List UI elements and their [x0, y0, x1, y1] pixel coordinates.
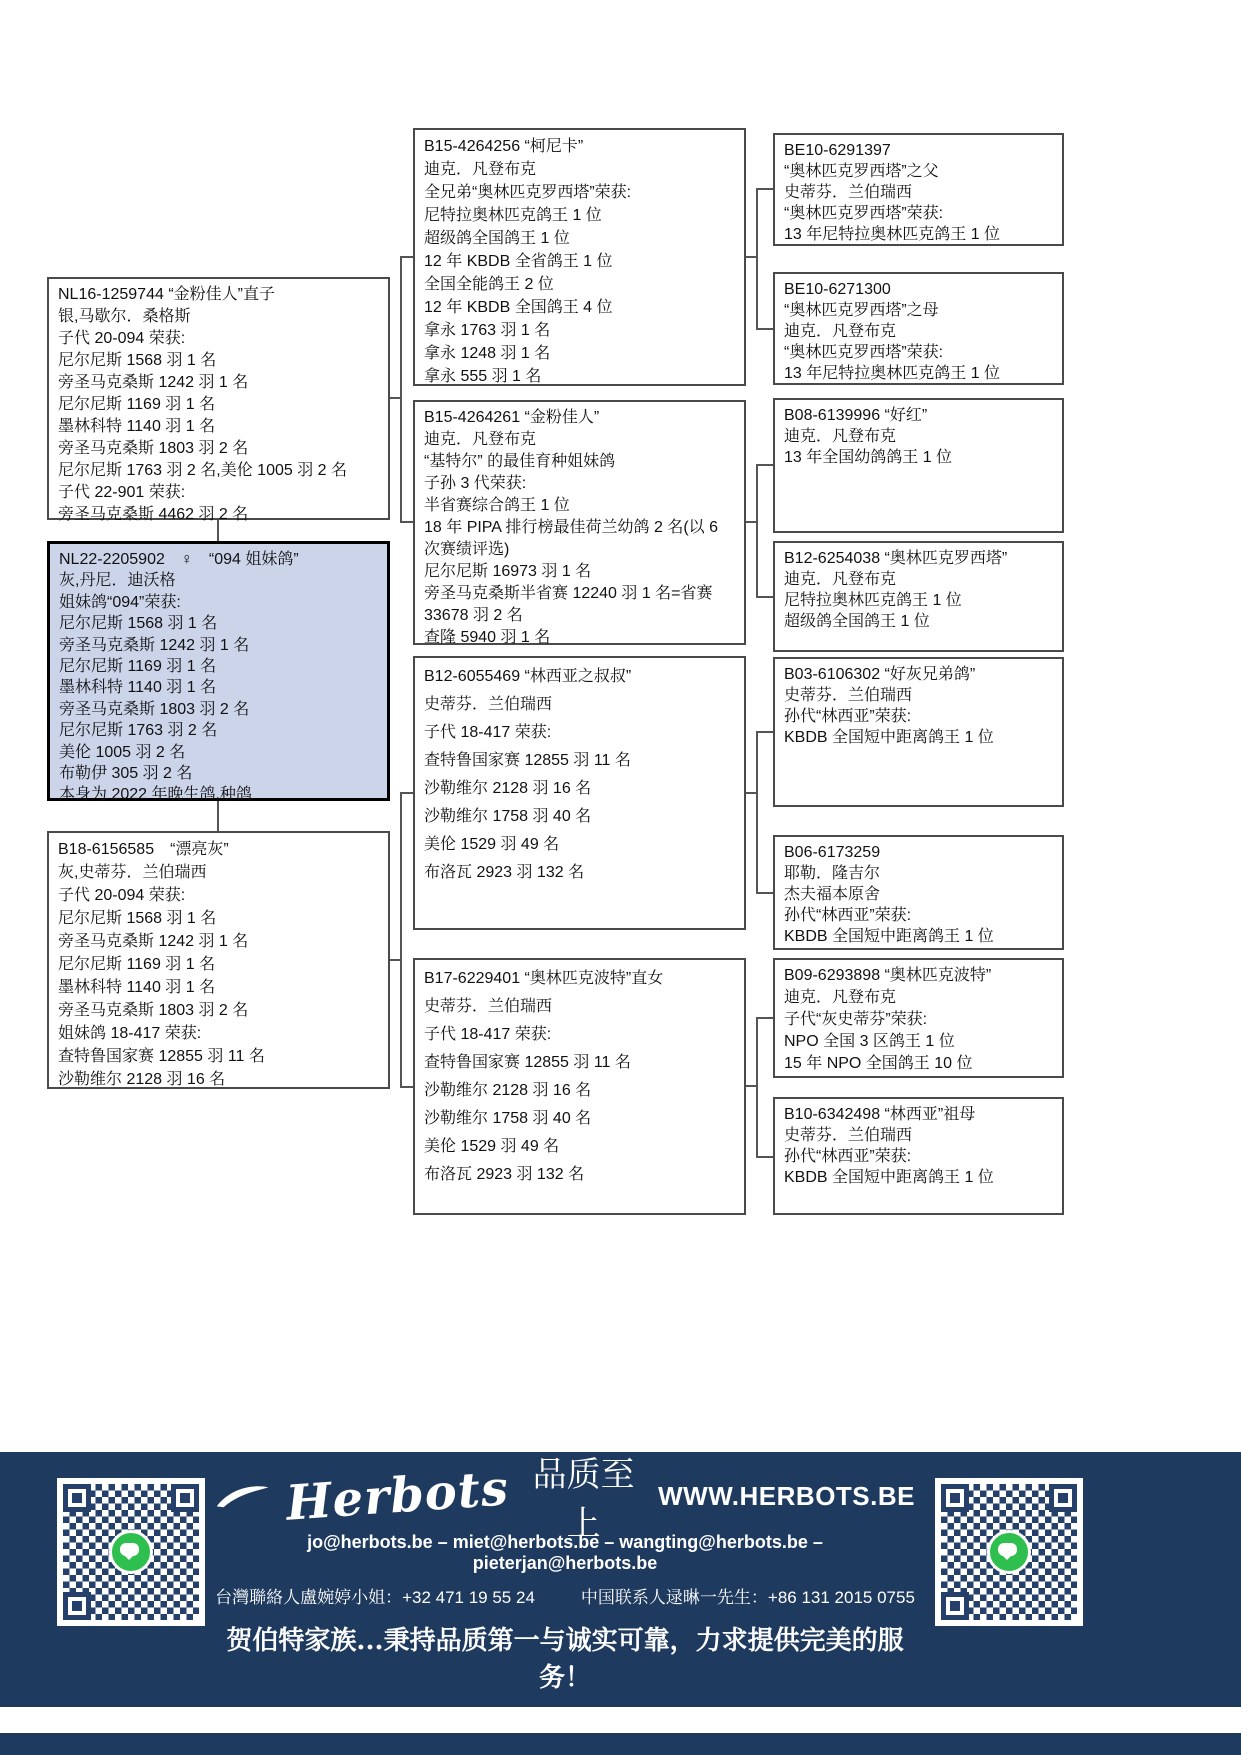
- text-line: 杰夫福本原舍: [784, 884, 1053, 905]
- connector-line: [757, 892, 773, 894]
- text-line: 旁圣马克桑斯 1242 羽 1 名: [58, 372, 379, 394]
- text-line: B12-6254038 “奥林匹克罗西塔”: [784, 548, 1053, 569]
- connector-line: [757, 1156, 773, 1158]
- text-line: 次赛绩评选): [424, 539, 735, 561]
- text-line: 拿永 1763 羽 1 名: [424, 319, 735, 342]
- text-line: 子代 22-901 荣获:: [58, 482, 379, 504]
- connector-line: [400, 256, 402, 523]
- text-line: “奥林匹克罗西塔”之父: [784, 161, 1053, 182]
- text-line: 旁圣马克桑斯 1242 羽 1 名: [58, 930, 379, 953]
- qr-pattern: [63, 1484, 199, 1620]
- text-line: B03-6106302 “好灰兄弟鸽”: [784, 664, 1053, 685]
- text-line: 沙勒维尔 2128 羽 16 名: [424, 1077, 735, 1105]
- text-line: 美伦 1529 羽 49 名: [424, 1133, 735, 1161]
- text-line: 姐妹鸽 18-417 荣获:: [58, 1022, 379, 1045]
- text-line: 尼特拉奥林匹克鸽王 1 位: [424, 204, 735, 227]
- contact-china: 中国联系人逯晽一先生：+86 131 2015 0755: [581, 1583, 915, 1608]
- text-line: 布洛瓦 2923 羽 132 名: [424, 1161, 735, 1189]
- text-line: B12-6055469 “林西亚之叔叔”: [424, 663, 735, 691]
- text-line: 孙代“林西亚”荣获:: [784, 905, 1053, 926]
- connector-line: [217, 801, 219, 831]
- pedigree-box-be10-6291397: BE10-6291397“奥林匹克罗西塔”之父史蒂芬．兰伯瑞西“奥林匹克罗西塔”…: [773, 133, 1064, 246]
- connector-line: [757, 731, 773, 733]
- bottom-strip: [0, 1733, 1241, 1755]
- text-line: B18-6156585 “漂亮灰”: [58, 838, 379, 861]
- text-line: 查特鲁国家赛 12855 羽 11 名: [424, 747, 735, 775]
- text-line: 沙勒维尔 1758 羽 40 名: [424, 803, 735, 831]
- connector-line: [757, 1017, 773, 1019]
- text-line: 孙代“林西亚”荣获:: [784, 1146, 1053, 1167]
- text-line: 沙勒维尔 1758 羽 40 名: [424, 1105, 735, 1133]
- pedigree-box-b03-6106302: B03-6106302 “好灰兄弟鸽”史蒂芬．兰伯瑞西孙代“林西亚”荣获:KBD…: [773, 657, 1064, 807]
- text-line: 拿永 555 羽 1 名: [424, 365, 735, 388]
- connector-line: [756, 188, 758, 330]
- connector-line: [757, 328, 773, 330]
- pedigree-box-b15-4264261: B15-4264261 “金粉佳人”迪克．凡登布克“基特尔” 的最佳育种姐妹鸽子…: [413, 400, 746, 645]
- text-line: 美伦 1005 羽 2 名: [59, 742, 378, 763]
- text-line: 美伦 1529 羽 49 名: [424, 831, 735, 859]
- qr-code-right: [935, 1478, 1083, 1626]
- pedigree-box-b10-6342498: B10-6342498 “林西亚”祖母史蒂芬．兰伯瑞西孙代“林西亚”荣获:KBD…: [773, 1097, 1064, 1215]
- text-line: 旁圣马克桑斯 1803 羽 2 名: [58, 999, 379, 1022]
- text-line: 灰,丹尼．迪沃格: [59, 570, 378, 591]
- text-line: KBDB 全国短中距离鸽王 1 位: [784, 1167, 1053, 1188]
- text-line: 布勒伊 305 羽 2 名: [59, 763, 378, 784]
- text-line: 迪克．凡登布克: [784, 426, 1053, 447]
- text-line: 史蒂芬．兰伯瑞西: [784, 685, 1053, 706]
- footer-banner: Herbots 品质至上 WWW.HERBOTS.BE jo@herbots.b…: [0, 1452, 1241, 1707]
- pedigree-box-b18: B18-6156585 “漂亮灰”灰,史蒂芬．兰伯瑞西子代 20-094 荣获:…: [47, 831, 390, 1089]
- text-line: 18 年 PIPA 排行榜最佳荷兰幼鸽 2 名(以 6: [424, 517, 735, 539]
- text-line: 尼特拉奥林匹克鸽王 1 位: [784, 590, 1053, 611]
- text-line: 查特鲁国家赛 12855 羽 11 名: [424, 1049, 735, 1077]
- website-text: WWW.HERBOTS.BE: [658, 1481, 915, 1512]
- chat-app-icon: [987, 1530, 1031, 1574]
- text-line: 子孙 3 代荣获:: [424, 473, 735, 495]
- text-line: 沙勒维尔 2128 羽 16 名: [424, 775, 735, 803]
- text-line: 子代 18-417 荣获:: [424, 1021, 735, 1049]
- text-line: 尼尔尼斯 1763 羽 2 名,美伦 1005 羽 2 名: [58, 460, 379, 482]
- connector-line: [401, 521, 413, 523]
- pedigree-box-b12-6254038: B12-6254038 “奥林匹克罗西塔”迪克．凡登布克尼特拉奥林匹克鸽王 1 …: [773, 541, 1064, 652]
- text-line: 姐妹鸽“094”荣获:: [59, 592, 378, 613]
- pedigree-box-nl22-subject: NL22-2205902 ♀ “094 姐妹鸽”灰,丹尼．迪沃格姐妹鸽“094”…: [47, 541, 390, 801]
- text-line: 史蒂芬．兰伯瑞西: [784, 1125, 1053, 1146]
- text-line: 子代 20-094 荣获:: [58, 884, 379, 907]
- text-line: 全兄弟“奥林匹克罗西塔”荣获:: [424, 181, 735, 204]
- text-line: 墨林科特 1140 羽 1 名: [58, 976, 379, 999]
- text-line: 12 年 KBDB 全省鸽王 1 位: [424, 250, 735, 273]
- connector-line: [756, 731, 758, 894]
- footer-center: Herbots 品质至上 WWW.HERBOTS.BE jo@herbots.b…: [215, 1464, 915, 1694]
- connector-line: [401, 1086, 413, 1088]
- text-line: 墨林科特 1140 羽 1 名: [58, 416, 379, 438]
- text-line: 灰,史蒂芬．兰伯瑞西: [58, 861, 379, 884]
- text-line: 尼尔尼斯 1169 羽 1 名: [59, 656, 378, 677]
- connector-line: [217, 520, 219, 541]
- text-line: 银,马歇尔．桑格斯: [58, 306, 379, 328]
- connector-line: [757, 188, 773, 190]
- text-line: 尼尔尼斯 16973 羽 1 名: [424, 561, 735, 583]
- text-line: 尼尔尼斯 1169 羽 1 名: [58, 394, 379, 416]
- text-line: 史蒂芬．兰伯瑞西: [424, 691, 735, 719]
- text-line: 旁圣马克桑斯半省赛 12240 羽 1 名=省赛: [424, 583, 735, 605]
- text-line: B09-6293898 “奥林匹克波特”: [784, 965, 1053, 987]
- text-line: KBDB 全国短中距离鸽王 1 位: [784, 727, 1053, 748]
- text-line: NL22-2205902 ♀ “094 姐妹鸽”: [59, 549, 378, 570]
- text-line: B10-6342498 “林西亚”祖母: [784, 1104, 1053, 1125]
- text-line: B17-6229401 “奥林匹克波特”直女: [424, 965, 735, 993]
- qr-pattern: [941, 1484, 1077, 1620]
- text-line: 子代“灰史蒂芬”荣获:: [784, 1009, 1053, 1031]
- text-line: BE10-6271300: [784, 279, 1053, 300]
- text-line: 旁圣马克桑斯 1803 羽 2 名: [59, 699, 378, 720]
- text-line: 15 年 NPO 全国鸽王 10 位: [784, 1053, 1053, 1075]
- text-line: 旁圣马克桑斯 1242 羽 1 名: [59, 635, 378, 656]
- pedigree-box-b15-4264256: B15-4264256 “柯尼卡”迪克．凡登布克全兄弟“奥林匹克罗西塔”荣获:尼…: [413, 128, 746, 386]
- text-line: “奥林匹克罗西塔”荣获:: [784, 203, 1053, 224]
- text-line: NL16-1259744 “金粉佳人”直子: [58, 284, 379, 306]
- connector-line: [401, 792, 413, 794]
- text-line: 迪克．凡登布克: [784, 569, 1053, 590]
- connector-line: [756, 464, 758, 598]
- text-line: 尼尔尼斯 1568 羽 1 名: [58, 350, 379, 372]
- pedigree-box-b06-6173259: B06-6173259耶勒．隆吉尔杰夫福本原舍孙代“林西亚”荣获:KBDB 全国…: [773, 835, 1064, 950]
- text-line: B15-4264261 “金粉佳人”: [424, 407, 735, 429]
- text-line: NPO 全国 3 区鸽王 1 位: [784, 1031, 1053, 1053]
- connector-line: [401, 256, 413, 258]
- connector-line: [400, 792, 402, 1088]
- text-line: 旁圣马克桑斯 1803 羽 2 名: [58, 438, 379, 460]
- text-line: 迪克．凡登布克: [424, 158, 735, 181]
- text-line: 迪克．凡登布克: [424, 429, 735, 451]
- qr-finder-icon: [941, 1484, 969, 1512]
- text-line: 沙勒维尔 2128 羽 16 名: [58, 1068, 379, 1091]
- text-line: B15-4264256 “柯尼卡”: [424, 135, 735, 158]
- contact-row: 台灣聯絡人盧婉婷小姐：+32 471 19 55 24 中国联系人逯晽一先生：+…: [215, 1583, 915, 1608]
- connector-line: [757, 464, 773, 466]
- text-line: 13 年全国幼鸽鸽王 1 位: [784, 447, 1053, 468]
- text-line: 布洛瓦 2923 羽 132 名: [424, 859, 735, 887]
- text-line: 13 年尼特拉奥林匹克鸽王 1 位: [784, 363, 1053, 384]
- pedigree-box-b08-6139996: B08-6139996 “好红”迪克．凡登布克13 年全国幼鸽鸽王 1 位: [773, 398, 1064, 533]
- text-line: 超级鸽全国鸽王 1 位: [784, 611, 1053, 632]
- text-line: 墨林科特 1140 羽 1 名: [59, 677, 378, 698]
- connector-line: [757, 596, 773, 598]
- text-line: B08-6139996 “好红”: [784, 405, 1053, 426]
- text-line: 孙代“林西亚”荣获:: [784, 706, 1053, 727]
- text-line: 史蒂芬．兰伯瑞西: [424, 993, 735, 1021]
- text-line: 尼尔尼斯 1169 羽 1 名: [58, 953, 379, 976]
- text-line: 查隆 5940 羽 1 名: [424, 627, 735, 649]
- chat-app-icon: [109, 1530, 153, 1574]
- qr-finder-icon: [171, 1484, 199, 1512]
- pedigree-page: NL16-1259744 “金粉佳人”直子银,马歇尔．桑格斯子代 20-094 …: [0, 0, 1241, 1755]
- pedigree-box-b17-6229401: B17-6229401 “奥林匹克波特”直女史蒂芬．兰伯瑞西子代 18-417 …: [413, 958, 746, 1215]
- text-line: 12 年 KBDB 全国鸽王 4 位: [424, 296, 735, 319]
- text-line: 13 年尼特拉奥林匹克鸽王 1 位: [784, 224, 1053, 245]
- text-line: “基特尔” 的最佳育种姐妹鸽: [424, 451, 735, 473]
- text-line: 迪克．凡登布克: [784, 321, 1053, 342]
- text-line: 超级鸽全国鸽王 1 位: [424, 227, 735, 250]
- contact-taiwan: 台灣聯絡人盧婉婷小姐：+32 471 19 55 24: [215, 1583, 535, 1608]
- text-line: 全国全能鸽王 2 位: [424, 273, 735, 296]
- qr-finder-icon: [63, 1484, 91, 1512]
- text-line: 尼尔尼斯 1568 羽 1 名: [58, 907, 379, 930]
- text-line: 拿永 1248 羽 1 名: [424, 342, 735, 365]
- text-line: 子代 18-417 荣获:: [424, 719, 735, 747]
- brand-slogan: 品质至上: [525, 1447, 642, 1545]
- brand-row: Herbots 品质至上 WWW.HERBOTS.BE: [215, 1464, 915, 1528]
- footer-tagline: 贺伯特家族...秉持品质第一与诚实可靠，力求提供完美的服务！: [215, 1620, 915, 1694]
- qr-finder-icon: [63, 1592, 91, 1620]
- qr-code-left: [57, 1478, 205, 1626]
- pedigree-box-be10-6271300: BE10-6271300“奥林匹克罗西塔”之母迪克．凡登布克“奥林匹克罗西塔”荣…: [773, 272, 1064, 385]
- text-line: KBDB 全国短中距离鸽王 1 位: [784, 926, 1053, 947]
- text-line: B06-6173259: [784, 842, 1053, 863]
- pedigree-box-b09-6293898: B09-6293898 “奥林匹克波特”迪克．凡登布克子代“灰史蒂芬”荣获:NP…: [773, 958, 1064, 1078]
- qr-finder-icon: [1049, 1484, 1077, 1512]
- pedigree-box-nl16: NL16-1259744 “金粉佳人”直子银,马歇尔．桑格斯子代 20-094 …: [47, 277, 390, 520]
- text-line: 子代 20-094 荣获:: [58, 328, 379, 350]
- qr-finder-icon: [941, 1592, 969, 1620]
- text-line: 半省赛综合鸽王 1 位: [424, 495, 735, 517]
- text-line: “奥林匹克罗西塔”荣获:: [784, 342, 1053, 363]
- text-line: 33678 羽 2 名: [424, 605, 735, 627]
- email-list: jo@herbots.be – miet@herbots.be – wangti…: [215, 1532, 915, 1574]
- text-line: 迪克．凡登布克: [784, 987, 1053, 1009]
- text-line: 查特鲁国家赛 12855 羽 11 名: [58, 1045, 379, 1068]
- text-line: 尼尔尼斯 1568 羽 1 名: [59, 613, 378, 634]
- text-line: “奥林匹克罗西塔”之母: [784, 300, 1053, 321]
- brand-logo: Herbots: [284, 1460, 510, 1531]
- connector-line: [756, 1017, 758, 1158]
- text-line: BE10-6291397: [784, 140, 1053, 161]
- text-line: 耶勒．隆吉尔: [784, 863, 1053, 884]
- text-line: 尼尔尼斯 1763 羽 2 名: [59, 720, 378, 741]
- text-line: 史蒂芬．兰伯瑞西: [784, 182, 1053, 203]
- wing-icon: [215, 1481, 270, 1511]
- pedigree-box-b12-6055469: B12-6055469 “林西亚之叔叔”史蒂芬．兰伯瑞西子代 18-417 荣获…: [413, 656, 746, 930]
